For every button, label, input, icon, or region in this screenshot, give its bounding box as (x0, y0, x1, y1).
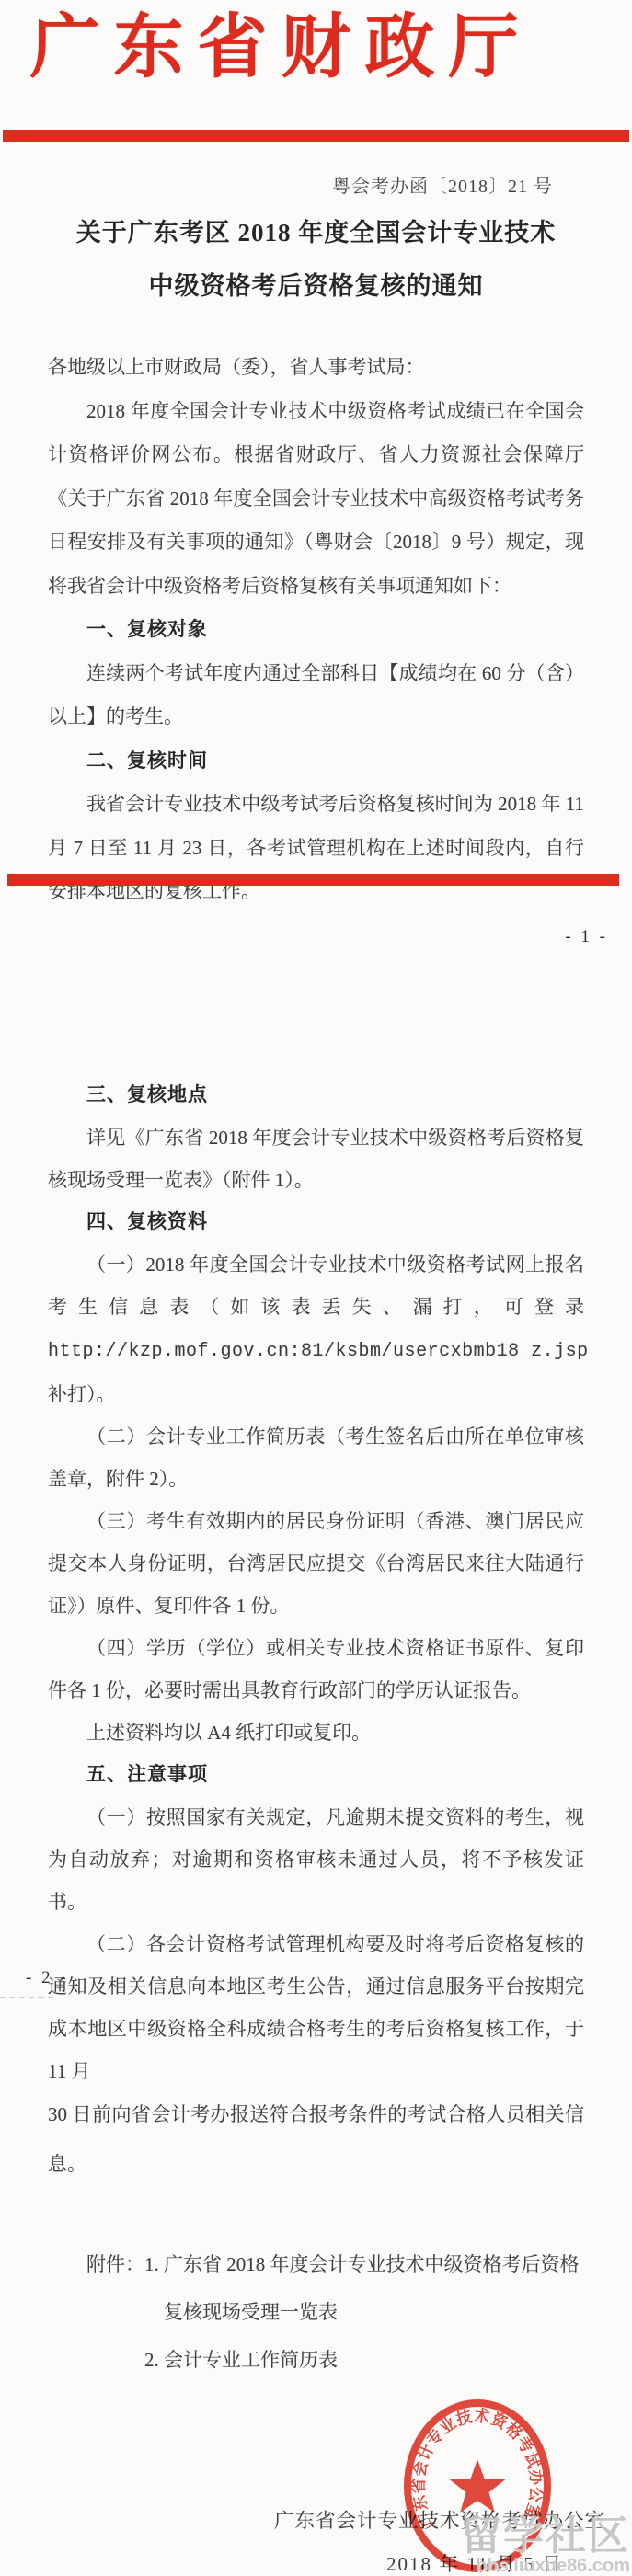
section-1-body: 连续两个考试年度内通过全部科目【成绩均在 60 分（含）以上】的考生。 (48, 652, 584, 739)
section-2-body: 我省会计专业技术中级考试考后资格复核时间为 2018 年 11 月 7 日至 1… (48, 783, 584, 914)
section-1-heading: 一、复核对象 (48, 608, 584, 652)
section-2-heading: 二、复核时间 (48, 739, 584, 784)
page2-number: - 2 - (26, 1968, 69, 1988)
attachments-label: 附件： (86, 2250, 144, 2277)
notice-title-line2: 中级资格考后资格复核的通知 (0, 259, 632, 313)
attachment-2: 2. 会计专业工作简历表 (144, 2345, 338, 2373)
page2-body: 三、复核地点 详见《广东省 2018 年度会计专业技术中级资格考后资格复核现场受… (48, 1074, 584, 2092)
section-5-heading: 五、注意事项 (48, 1754, 584, 1796)
page1-body: 各地级以上市财政局（委），省人事考试局： 2018 年度全国会计专业技术中级资格… (48, 346, 584, 914)
section-4-item-1: （一）2018 年度全国会计专业技术中级资格考试网上报名考生信息表（如该表丢失、… (48, 1243, 584, 1415)
section-4-item-1-text: （一）2018 年度全国会计专业技术中级资格考试网上报名考生信息表（如该表丢失、… (48, 1254, 584, 1318)
section-4-item-1-tail: 补打）。 (48, 1383, 116, 1405)
section-3-heading: 三、复核地点 (48, 1074, 584, 1116)
notice-title: 关于广东考区 2018 年度全国会计专业技术 中级资格考后资格复核的通知 (0, 206, 632, 313)
watermark-url: bbs.liuxue86.com (461, 2557, 630, 2576)
page2-edge-dash (0, 1997, 53, 1998)
page3-body: 30 日前向省会计考办报送符合报考条件的考试合格人员相关信息。 (48, 2089, 584, 2189)
attachment-1-line2: 复核现场受理一览表 (164, 2297, 338, 2325)
registration-url: http://kzp.mof.gov.cn:81/ksbm/usercxbmb1… (48, 1341, 589, 1362)
salutation: 各地级以上市财政局（委），省人事考试局： (48, 346, 584, 390)
section-5-item-1: （一）按照国家有关规定，凡逾期未提交资料的考生，视为自动放弃；对逾期和资格审核未… (48, 1796, 584, 1923)
section-3-body: 详见《广东省 2018 年度会计专业技术中级资格考后资格复核现场受理一览表》（附… (48, 1116, 584, 1201)
agency-title: 广东省财政厅 (0, 6, 632, 90)
header-red-rule (3, 130, 629, 142)
section-5-item-2: （二）各会计资格考试管理机构要及时将考后资格复核的通知及相关信息向本地区考生公告… (48, 1923, 584, 2092)
attachment-1-line1: 1. 广东省 2018 年度会计专业技术中级资格考后资格 (144, 2250, 580, 2277)
doc-number: 粤会考办函〔2018〕21 号 (332, 171, 553, 198)
section-4-item-3: （三）考生有效期内的居民身份证明（香港、澳门居民应提交本人身份证明，台湾居民应提… (48, 1500, 584, 1627)
page1-number: - 1 - (565, 927, 608, 947)
watermark: 留学社区 bbs.liuxue86.com (461, 2516, 630, 2576)
watermark-logo: 留学社区 (461, 2516, 630, 2557)
document-page: 广东省财政厅 粤会考办函〔2018〕21 号 关于广东考区 2018 年度全国会… (0, 0, 632, 2576)
notice-title-line1: 关于广东考区 2018 年度全国会计专业技术 (0, 206, 632, 259)
intro-paragraph: 2018 年度全国会计专业技术中级资格考试成绩已在全国会计资格评价网公布。根据省… (48, 390, 584, 609)
star-icon (450, 2459, 506, 2513)
section-4-item-4: （四）学历（学位）或相关专业技术资格证书原件、复印件各 1 份，必要时需出具教育… (48, 1627, 584, 1712)
page1-footer-red-rule (7, 874, 619, 886)
section-4-note: 上述资料均以 A4 纸打印或复印。 (48, 1712, 584, 1754)
section-4-item-2: （二）会计专业工作简历表（考生签名后由所在单位审核盖章，附件 2）。 (48, 1415, 584, 1500)
section-5-item-2-continued: 30 日前向省会计考办报送符合报考条件的考试合格人员相关信息。 (48, 2089, 584, 2189)
section-4-heading: 四、复核资料 (48, 1201, 584, 1243)
